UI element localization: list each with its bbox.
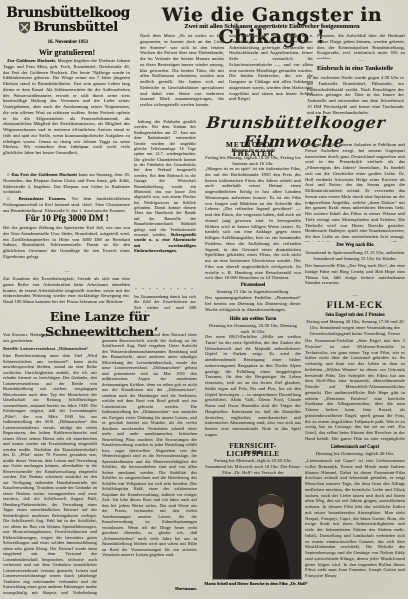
masthead-title-line1: Brunsbüttelkoog bbox=[4, 6, 132, 20]
masthead-title-line2: Brunsbüttel bbox=[33, 20, 118, 35]
film-title-rio: Der Weg nach Rio bbox=[305, 243, 405, 248]
lead-col3: Personen, die Aufschluß über die Herkunf… bbox=[317, 33, 405, 59]
masthead-date: 16. November 1951 bbox=[4, 40, 132, 45]
film-title-dr-holl: Dr. Holl bbox=[205, 451, 301, 456]
film-title-pirateninsel: Pirateninsel bbox=[205, 283, 301, 288]
film-review-engel: Der Paramount-Farbfilm „Sein Engel mit d… bbox=[305, 338, 405, 443]
film-times-engel: Freitag und Montag 20 Uhr, Sonntag 17.30… bbox=[305, 319, 405, 337]
star-rule: * * * * * * * * * bbox=[134, 287, 196, 292]
film-times-dr-holl: Freitag bis Mittwoch, täglich 20.30 Uhr,… bbox=[205, 458, 301, 474]
film-title-capri: Liebesrausch auf Capri bbox=[305, 445, 405, 450]
film-review-morgen: „Morgen ist es zu spät“ ist ein italieni… bbox=[205, 166, 301, 282]
gratulieren-lead: Zur Goldenen Hochzeit. bbox=[7, 58, 56, 63]
film-times-hoelle: Dienstag bis Donnerstag, 20.30 Uhr, Dien… bbox=[205, 323, 301, 333]
film-photo-figures bbox=[213, 477, 301, 579]
gratulieren-body: Zur Goldenen Hochzeit. Morgen begehen di… bbox=[3, 58, 130, 171]
lanze-signature: Hortmann. bbox=[102, 586, 197, 591]
newspaper-page: Brunsbüttelkoog Brunsbüttel 16. November… bbox=[0, 0, 408, 599]
film-review-rio: Der humorvolle Film „Der Weg nach Rio“, … bbox=[305, 263, 405, 289]
lanze-intro: Von Kurwart, Hafenkapitän Brunsbüttelkoo… bbox=[3, 332, 97, 345]
tankstelle-body: In der vorletzten Nacht wurde gegen 4.30… bbox=[307, 75, 404, 116]
section-divider: — bbox=[317, 59, 405, 64]
film-review-hoelle: Der neue RKO-Farbfilm „Hölle am weißen T… bbox=[205, 334, 301, 440]
lanze-betrifft: Betrifft: Lotsenversetzboot „Dithmarsche… bbox=[3, 346, 97, 352]
lanze-colR: Nach weiteren Vorarbeiten und dem Entwur… bbox=[102, 332, 197, 584]
erwerbslosigkeit-colA: Zur Zunahme der Erwerbslosigkeit. Gerade… bbox=[3, 276, 130, 310]
masthead-line2: Brunsbüttel bbox=[4, 20, 132, 35]
lead-subhead: Zwei mit allen Schikanen ausgerüstete Ei… bbox=[138, 23, 406, 30]
film-eck-name: FILM-ECK bbox=[305, 301, 405, 311]
section-divider: — bbox=[3, 270, 131, 275]
city-crest-icon bbox=[18, 21, 31, 34]
film-photo bbox=[212, 476, 302, 580]
film-times-capri: Dienstag bis Donnerstag, täglich 20 Uhr. bbox=[305, 451, 405, 457]
lead-col2: weg widerspiegelt. Sie verfolgt u. a. ur… bbox=[229, 33, 313, 114]
film-review-pirateninsel: Der spannungsgeladene Farbfilm „Pirateni… bbox=[205, 295, 301, 316]
news-item-examen: ○ Bestandenes Examen. Vor dem landeskirc… bbox=[3, 196, 130, 212]
lanze-colL: Eine Berichterstattung unter dem Titel „… bbox=[3, 353, 97, 595]
lotto-body: Bei der gestrigen Ziehung der Sportwette… bbox=[3, 225, 130, 269]
gratulieren-title: Wir gratulieren! bbox=[3, 48, 131, 57]
photo-caption: Maria Schell und Dieter Borsche in dem F… bbox=[204, 581, 308, 587]
film-times-morgen: Freitag bis Montag, täglich 18.30 Uhr, F… bbox=[205, 155, 301, 165]
film-review-capri: „Liebesrausch auf Capri“ ist eine Liebes… bbox=[305, 458, 405, 592]
film-title-hoelle: Hölle am weißen Turm bbox=[205, 317, 301, 322]
lotto-title: Für 10 Pfg 3000 DM ! bbox=[3, 213, 131, 223]
news-item-goldene-hochzeit: ○ Das Fest der Goldenen Hochzeit kann am… bbox=[3, 172, 130, 196]
dr-holl-review-top: Rührend hat, bei seinem Anlaufen in Publ… bbox=[305, 142, 405, 242]
section-divider: — bbox=[305, 294, 405, 299]
film-title-morgen: Morgen ist es zu spät bbox=[205, 149, 301, 154]
film-title-engel: Sein Engel mit den 2 Pistolen bbox=[305, 313, 405, 318]
film-times-rio: Sonnabend in Spätvorstellung 21.15 Uhr, … bbox=[305, 250, 405, 261]
tankstelle-title: Einbruch in eine Tankstelle bbox=[305, 65, 405, 72]
lead-col1: Nach dem Motto „Es ist nichts so fein ge… bbox=[140, 33, 224, 114]
